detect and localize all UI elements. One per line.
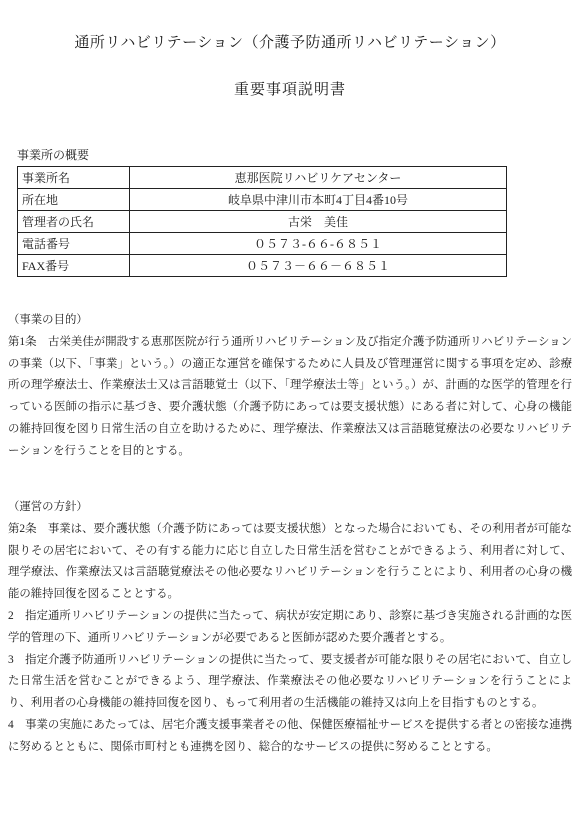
table-row-manager: 管理者の氏名 古栄 美佳	[18, 211, 507, 233]
document-subtitle: 重要事項説明書	[0, 78, 580, 99]
section-policy-heading: （運営の方針）	[8, 497, 572, 519]
address-label: 所在地	[18, 189, 130, 211]
address-value: 岐阜県中津川市本町4丁目4番10号	[130, 189, 507, 211]
fax-label: FAX番号	[18, 255, 130, 277]
section-business-purpose: （事業の目的） 第1条 古栄美佳が開設する恵那医院が行う通所リハビリテーション及…	[8, 310, 572, 463]
section-purpose-heading: （事業の目的）	[8, 310, 572, 332]
manager-label: 管理者の氏名	[18, 211, 130, 233]
phone-value: ０５７３-６６-６８５１	[130, 233, 507, 255]
office-name-value: 恵那医院リハビリケアセンター	[130, 167, 507, 189]
policy-clause-3: 3 指定介護予防通所リハビリテーションの提供に当たって、要支援者が可能な限りその…	[8, 650, 572, 715]
phone-label: 電話番号	[18, 233, 130, 255]
table-row-address: 所在地 岐阜県中津川市本町4丁目4番10号	[18, 189, 507, 211]
overview-table: 事業所名 恵那医院リハビリケアセンター 所在地 岐阜県中津川市本町4丁目4番10…	[17, 166, 507, 277]
manager-value: 古栄 美佳	[130, 211, 507, 233]
policy-article-2: 第2条 事業は、要介護状態（介護予防にあっては要支援状態）となった場合においても…	[8, 519, 572, 606]
document-page: 通所リハビリテーション（介護予防通所リハビリテーション） 重要事項説明書 事業所…	[0, 0, 580, 821]
fax-value: ０５７３－６６－６８５１	[130, 255, 507, 277]
policy-clause-2: 2 指定通所リハビリテーションの提供に当たって、病状が安定期にあり、診察に基づき…	[8, 606, 572, 650]
overview-heading: 事業所の概要	[17, 146, 89, 163]
table-row-fax: FAX番号 ０５７３－６６－６８５１	[18, 255, 507, 277]
policy-clause-4: 4 事業の実施にあたっては、居宅介護支援事業者その他、保健医療福祉サービスを提供…	[8, 715, 572, 759]
document-title: 通所リハビリテーション（介護予防通所リハビリテーション）	[0, 31, 580, 52]
table-row-office-name: 事業所名 恵那医院リハビリケアセンター	[18, 167, 507, 189]
purpose-article-1: 第1条 古栄美佳が開設する恵那医院が行う通所リハビリテーション及び指定介護予防通…	[8, 332, 572, 463]
section-operation-policy: （運営の方針） 第2条 事業は、要介護状態（介護予防にあっては要支援状態）となっ…	[8, 497, 572, 759]
office-name-label: 事業所名	[18, 167, 130, 189]
table-row-phone: 電話番号 ０５７３-６６-６８５１	[18, 233, 507, 255]
